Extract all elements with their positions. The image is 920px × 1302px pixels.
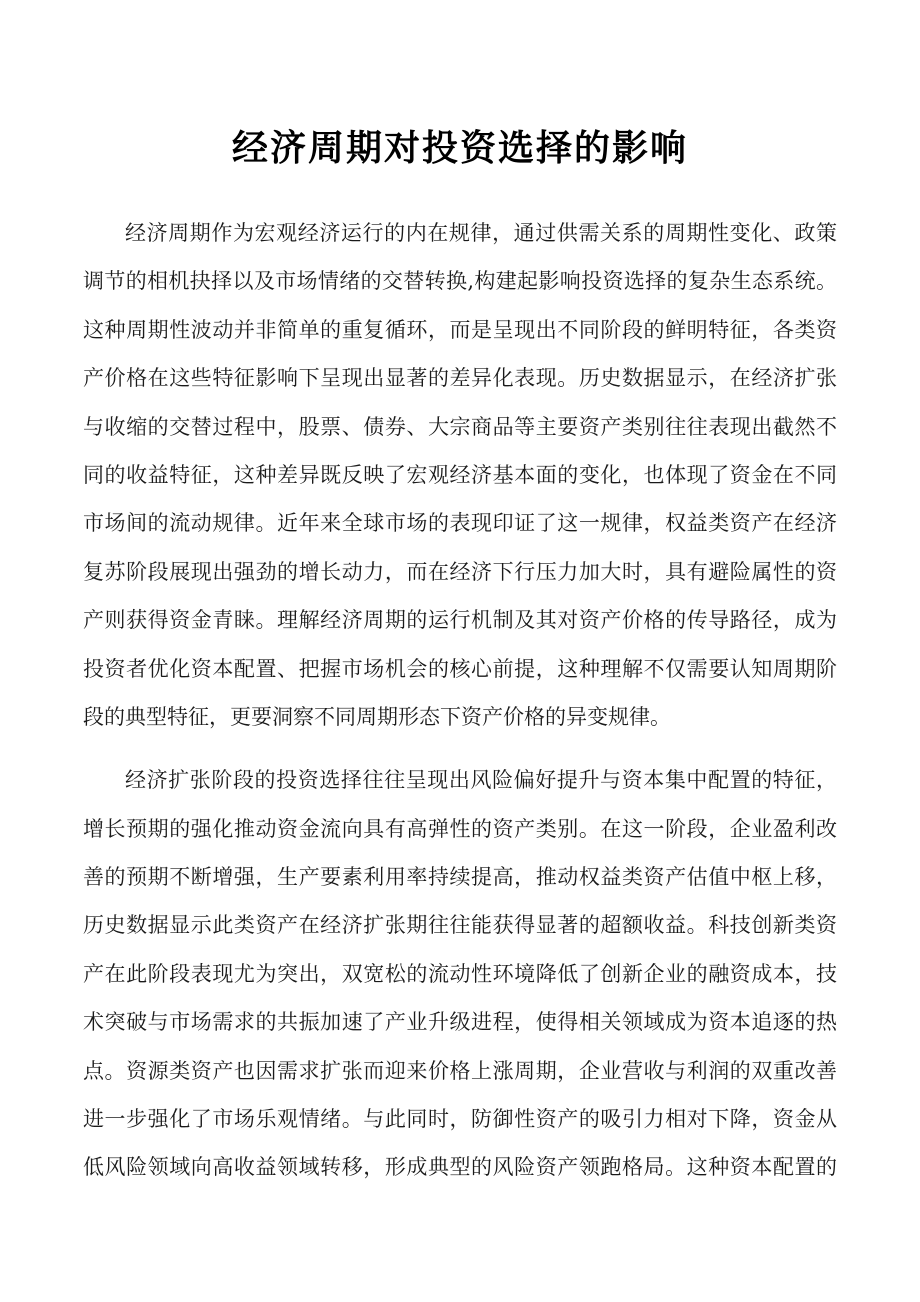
text-line: 术突破与市场需求的共振加速了产业升级进程，使得相关领域成为资本追逐的热 bbox=[83, 998, 837, 1046]
paragraph-2: 经济扩张阶段的投资选择往往呈现出风险偏好提升与资本集中配置的特征，增长预期的强化… bbox=[83, 756, 837, 1192]
text-line: 投资者优化资本配置、把握市场机会的核心前提，这种理解不仅需要认知周期阶 bbox=[83, 645, 837, 693]
document-page: 经济周期对投资选择的影响 经济周期作为宏观经济运行的内在规律，通过供需关系的周期… bbox=[0, 0, 920, 1302]
text-line: 段的典型特征，更要洞察不同周期形态下资产价格的异变规律。 bbox=[83, 693, 837, 741]
text-line: 产价格在这些特征影响下呈现出显著的差异化表现。历史数据显示，在经济扩张 bbox=[83, 354, 837, 402]
text-line: 同的收益特征，这种差异既反映了宏观经济基本面的变化，也体现了资金在不同 bbox=[83, 451, 837, 499]
text-line: 善的预期不断增强，生产要素利用率持续提高，推动权益类资产估值中枢上移， bbox=[83, 853, 837, 901]
text-line: 调节的相机抉择以及市场情绪的交替转换,构建起影响投资选择的复杂生态系统。 bbox=[83, 257, 837, 305]
paragraph-1: 经济周期作为宏观经济运行的内在规律，通过供需关系的周期性变化、政策调节的相机抉择… bbox=[83, 209, 837, 741]
text-line: 经济周期作为宏观经济运行的内在规律，通过供需关系的周期性变化、政策 bbox=[83, 209, 837, 257]
document-title: 经济周期对投资选择的影响 bbox=[83, 127, 837, 171]
text-line: 产则获得资金青睐。理解经济周期的运行机制及其对资产价格的传导路径，成为 bbox=[83, 596, 837, 644]
text-line: 产在此阶段表现尤为突出，双宽松的流动性环境降低了创新企业的融资成本，技 bbox=[83, 950, 837, 998]
text-line: 历史数据显示此类资产在经济扩张期往往能获得显著的超额收益。科技创新类资 bbox=[83, 901, 837, 949]
text-line: 增长预期的强化推动资金流向具有高弹性的资产类别。在这一阶段，企业盈利改 bbox=[83, 805, 837, 853]
text-line: 经济扩张阶段的投资选择往往呈现出风险偏好提升与资本集中配置的特征， bbox=[83, 756, 837, 804]
text-line: 低风险领域向高收益领域转移，形成典型的风险资产领跑格局。这种资本配置的 bbox=[83, 1143, 837, 1191]
text-line: 与收缩的交替过程中，股票、债券、大宗商品等主要资产类别往往表现出截然不 bbox=[83, 403, 837, 451]
text-line: 复苏阶段展现出强劲的增长动力，而在经济下行压力加大时，具有避险属性的资 bbox=[83, 548, 837, 596]
text-line: 进一步强化了市场乐观情绪。与此同时，防御性资产的吸引力相对下降，资金从 bbox=[83, 1095, 837, 1143]
text-line: 这种周期性波动并非简单的重复循环，而是呈现出不同阶段的鲜明特征，各类资 bbox=[83, 306, 837, 354]
text-line: 市场间的流动规律。近年来全球市场的表现印证了这一规律，权益类资产在经济 bbox=[83, 499, 837, 547]
text-line: 点。资源类资产也因需求扩张而迎来价格上涨周期，企业营收与利润的双重改善 bbox=[83, 1047, 837, 1095]
